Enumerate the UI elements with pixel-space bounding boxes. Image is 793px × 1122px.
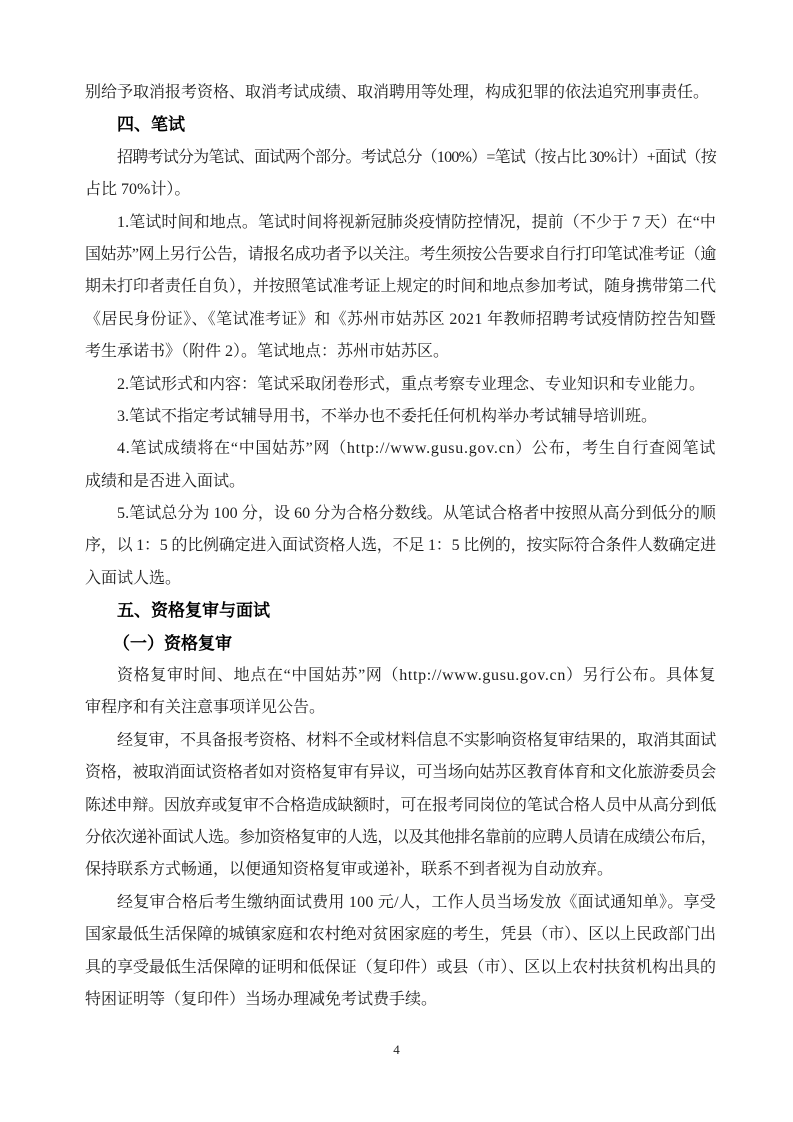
text-line: 成绩和是否进入面试。 bbox=[85, 466, 716, 498]
document-body: 别给予取消报考资格、取消考试成绩、取消聘用等处理，构成犯罪的依法追究刑事责任。四… bbox=[85, 77, 716, 1016]
text-line: 招聘考试分为笔试、面试两个部分。考试总分（100%）=笔试（按占比 30%计）+… bbox=[85, 142, 716, 174]
text-line: 入面试人选。 bbox=[85, 563, 716, 595]
text-line: 资格，被取消面试资格者如对资格复审有异议，可当场向姑苏区教育体育和文化旅游委员会 bbox=[85, 757, 716, 789]
text-line: 别给予取消报考资格、取消考试成绩、取消聘用等处理，构成犯罪的依法追究刑事责任。 bbox=[85, 77, 716, 109]
text-line: 保持联系方式畅通，以便通知资格复审或递补，联系不到者视为自动放弃。 bbox=[85, 854, 716, 886]
text-line: 分依次递补面试人选。参加资格复审的人选，以及其他排名靠前的应聘人员请在成绩公布后… bbox=[85, 822, 716, 854]
text-line: 序，以 1：5 的比例确定进入面试资格人选，不足 1：5 比例的，按实际符合条件… bbox=[85, 530, 716, 562]
text-line: 考生承诺书》（附件 2）。笔试地点：苏州市姑苏区。 bbox=[85, 336, 716, 368]
text-line: 国家最低生活保障的城镇家庭和农村绝对贫困家庭的考生，凭县（市）、区以上民政部门出 bbox=[85, 919, 716, 951]
subsection-heading-qualification-review: （一）资格复审 bbox=[85, 628, 716, 660]
text-line: 3.笔试不指定考试辅导用书，不举办也不委托任何机构举办考试辅导培训班。 bbox=[85, 401, 716, 433]
text-line: 国姑苏”网上另行公告，请报名成功者予以关注。考生须按公告要求自行打印笔试准考证（… bbox=[85, 239, 716, 271]
text-line: 经复审，不具备报考资格、材料不全或材料信息不实影响资格复审结果的，取消其面试 bbox=[85, 725, 716, 757]
text-line: 占比 70%计）。 bbox=[85, 174, 716, 206]
document-page: 别给予取消报考资格、取消考试成绩、取消聘用等处理，构成犯罪的依法追究刑事责任。四… bbox=[0, 0, 793, 1122]
section-heading-review-interview: 五、资格复审与面试 bbox=[85, 595, 716, 627]
text-line: 1.笔试时间和地点。笔试时间将视新冠肺炎疫情防控情况，提前（不少于 7 天）在“… bbox=[85, 207, 716, 239]
text-line: 审程序和有关注意事项详见公告。 bbox=[85, 692, 716, 724]
text-line: 期未打印者责任自负），并按照笔试准考证上规定的时间和地点参加考试，随身携带第二代 bbox=[85, 271, 716, 303]
text-line: 4.笔试成绩将在“中国姑苏”网（http://www.gusu.gov.cn）公… bbox=[85, 433, 716, 465]
text-line: 资格复审时间、地点在“中国姑苏”网（http://www.gusu.gov.cn… bbox=[85, 660, 716, 692]
text-line: 经复审合格后考生缴纳面试费用 100 元/人，工作人员当场发放《面试通知单》。享… bbox=[85, 887, 716, 919]
text-line: 陈述申辩。因放弃或复审不合格造成缺额时，可在报考同岗位的笔试合格人员中从高分到低 bbox=[85, 790, 716, 822]
text-line: 具的享受最低生活保障的证明和低保证（复印件）或县（市）、区以上农村扶贫机构出具的 bbox=[85, 952, 716, 984]
page-number: 4 bbox=[0, 1042, 793, 1058]
text-line: 2.笔试形式和内容：笔试采取闭卷形式，重点考察专业理念、专业知识和专业能力。 bbox=[85, 369, 716, 401]
text-line: 特困证明等（复印件）当场办理减免考试费手续。 bbox=[85, 984, 716, 1016]
text-line: 《居民身份证》、《笔试准考证》和《苏州市姑苏区 2021 年教师招聘考试疫情防控… bbox=[85, 304, 716, 336]
section-heading-written-test: 四、笔试 bbox=[85, 109, 716, 141]
text-line: 5.笔试总分为 100 分，设 60 分为合格分数线。从笔试合格者中按照从高分到… bbox=[85, 498, 716, 530]
